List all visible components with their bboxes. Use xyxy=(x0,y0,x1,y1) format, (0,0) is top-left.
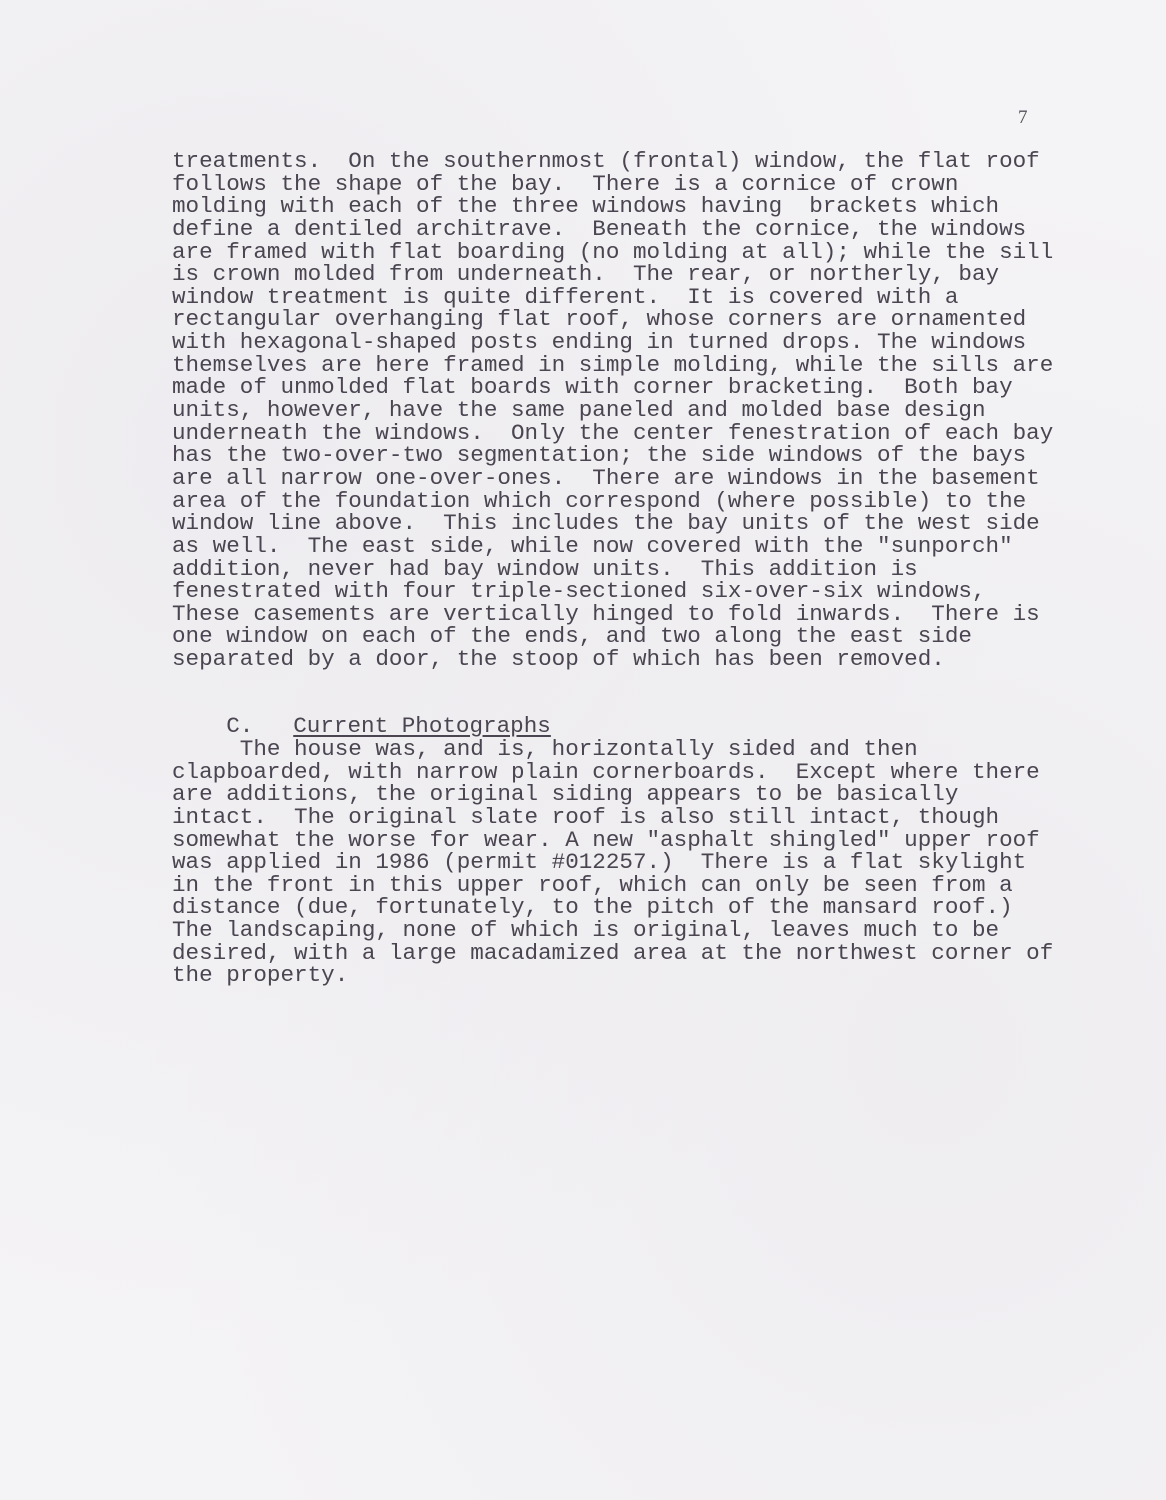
text-line: window line above. This includes the bay… xyxy=(172,512,1053,535)
text-line: underneath the windows. Only the center … xyxy=(172,422,1053,445)
text-line: somewhat the worse for wear. A new "asph… xyxy=(172,829,1053,852)
section-title: Current Photographs xyxy=(293,713,551,739)
page-number: 7 xyxy=(1018,107,1028,129)
text-line: The house was, and is, horizontally side… xyxy=(172,738,1053,761)
text-line: are all narrow one-over-ones. There are … xyxy=(172,467,1053,490)
text-line: distance (due, fortunately, to the pitch… xyxy=(172,896,1053,919)
text-line: themselves are here framed in simple mol… xyxy=(172,354,1053,377)
text-line: The landscaping, none of which is origin… xyxy=(172,919,1053,942)
text-line: treatments. On the southernmost (frontal… xyxy=(172,150,1053,173)
text-line: intact. The original slate roof is also … xyxy=(172,806,1053,829)
text-line: desired, with a large macadamized area a… xyxy=(172,942,1053,965)
text-line: window treatment is quite different. It … xyxy=(172,286,1053,309)
text-line: is crown molded from underneath. The rea… xyxy=(172,263,1053,286)
text-line: molding with each of the three windows h… xyxy=(172,195,1053,218)
section-letter: C. xyxy=(226,715,293,738)
text-line: follows the shape of the bay. There is a… xyxy=(172,173,1053,196)
text-line: as well. The east side, while now covere… xyxy=(172,535,1053,558)
text-line: the property. xyxy=(172,964,1053,987)
text-line: was applied in 1986 (permit #012257.) Th… xyxy=(172,851,1053,874)
paragraph-current-photographs: The house was, and is, horizontally side… xyxy=(172,738,1053,987)
text-line: fenestrated with four triple-sectioned s… xyxy=(172,580,1053,603)
text-line: addition, never had bay window units. Th… xyxy=(172,558,1053,581)
text-line: define a dentiled architrave. Beneath th… xyxy=(172,218,1053,241)
paragraph-bay-window-treatments: treatments. On the southernmost (frontal… xyxy=(172,150,1053,671)
text-line: separated by a door, the stoop of which … xyxy=(172,648,1053,671)
text-line: in the front in this upper roof, which c… xyxy=(172,874,1053,897)
text-line: made of unmolded flat boards with corner… xyxy=(172,376,1053,399)
document-page: 7 treatments. On the southernmost (front… xyxy=(0,0,1166,1500)
text-line: area of the foundation which correspond … xyxy=(172,490,1053,513)
text-line: are additions, the original siding appea… xyxy=(172,783,1053,806)
text-line: has the two-over-two segmentation; the s… xyxy=(172,444,1053,467)
text-line: These casements are vertically hinged to… xyxy=(172,603,1053,626)
text-line: units, however, have the same paneled an… xyxy=(172,399,1053,422)
text-line: with hexagonal-shaped posts ending in tu… xyxy=(172,331,1053,354)
text-line: one window on each of the ends, and two … xyxy=(172,625,1053,648)
text-line: clapboarded, with narrow plain cornerboa… xyxy=(172,761,1053,784)
text-line: rectangular overhanging flat roof, whose… xyxy=(172,308,1053,331)
text-line: are framed with flat boarding (no moldin… xyxy=(172,241,1053,264)
